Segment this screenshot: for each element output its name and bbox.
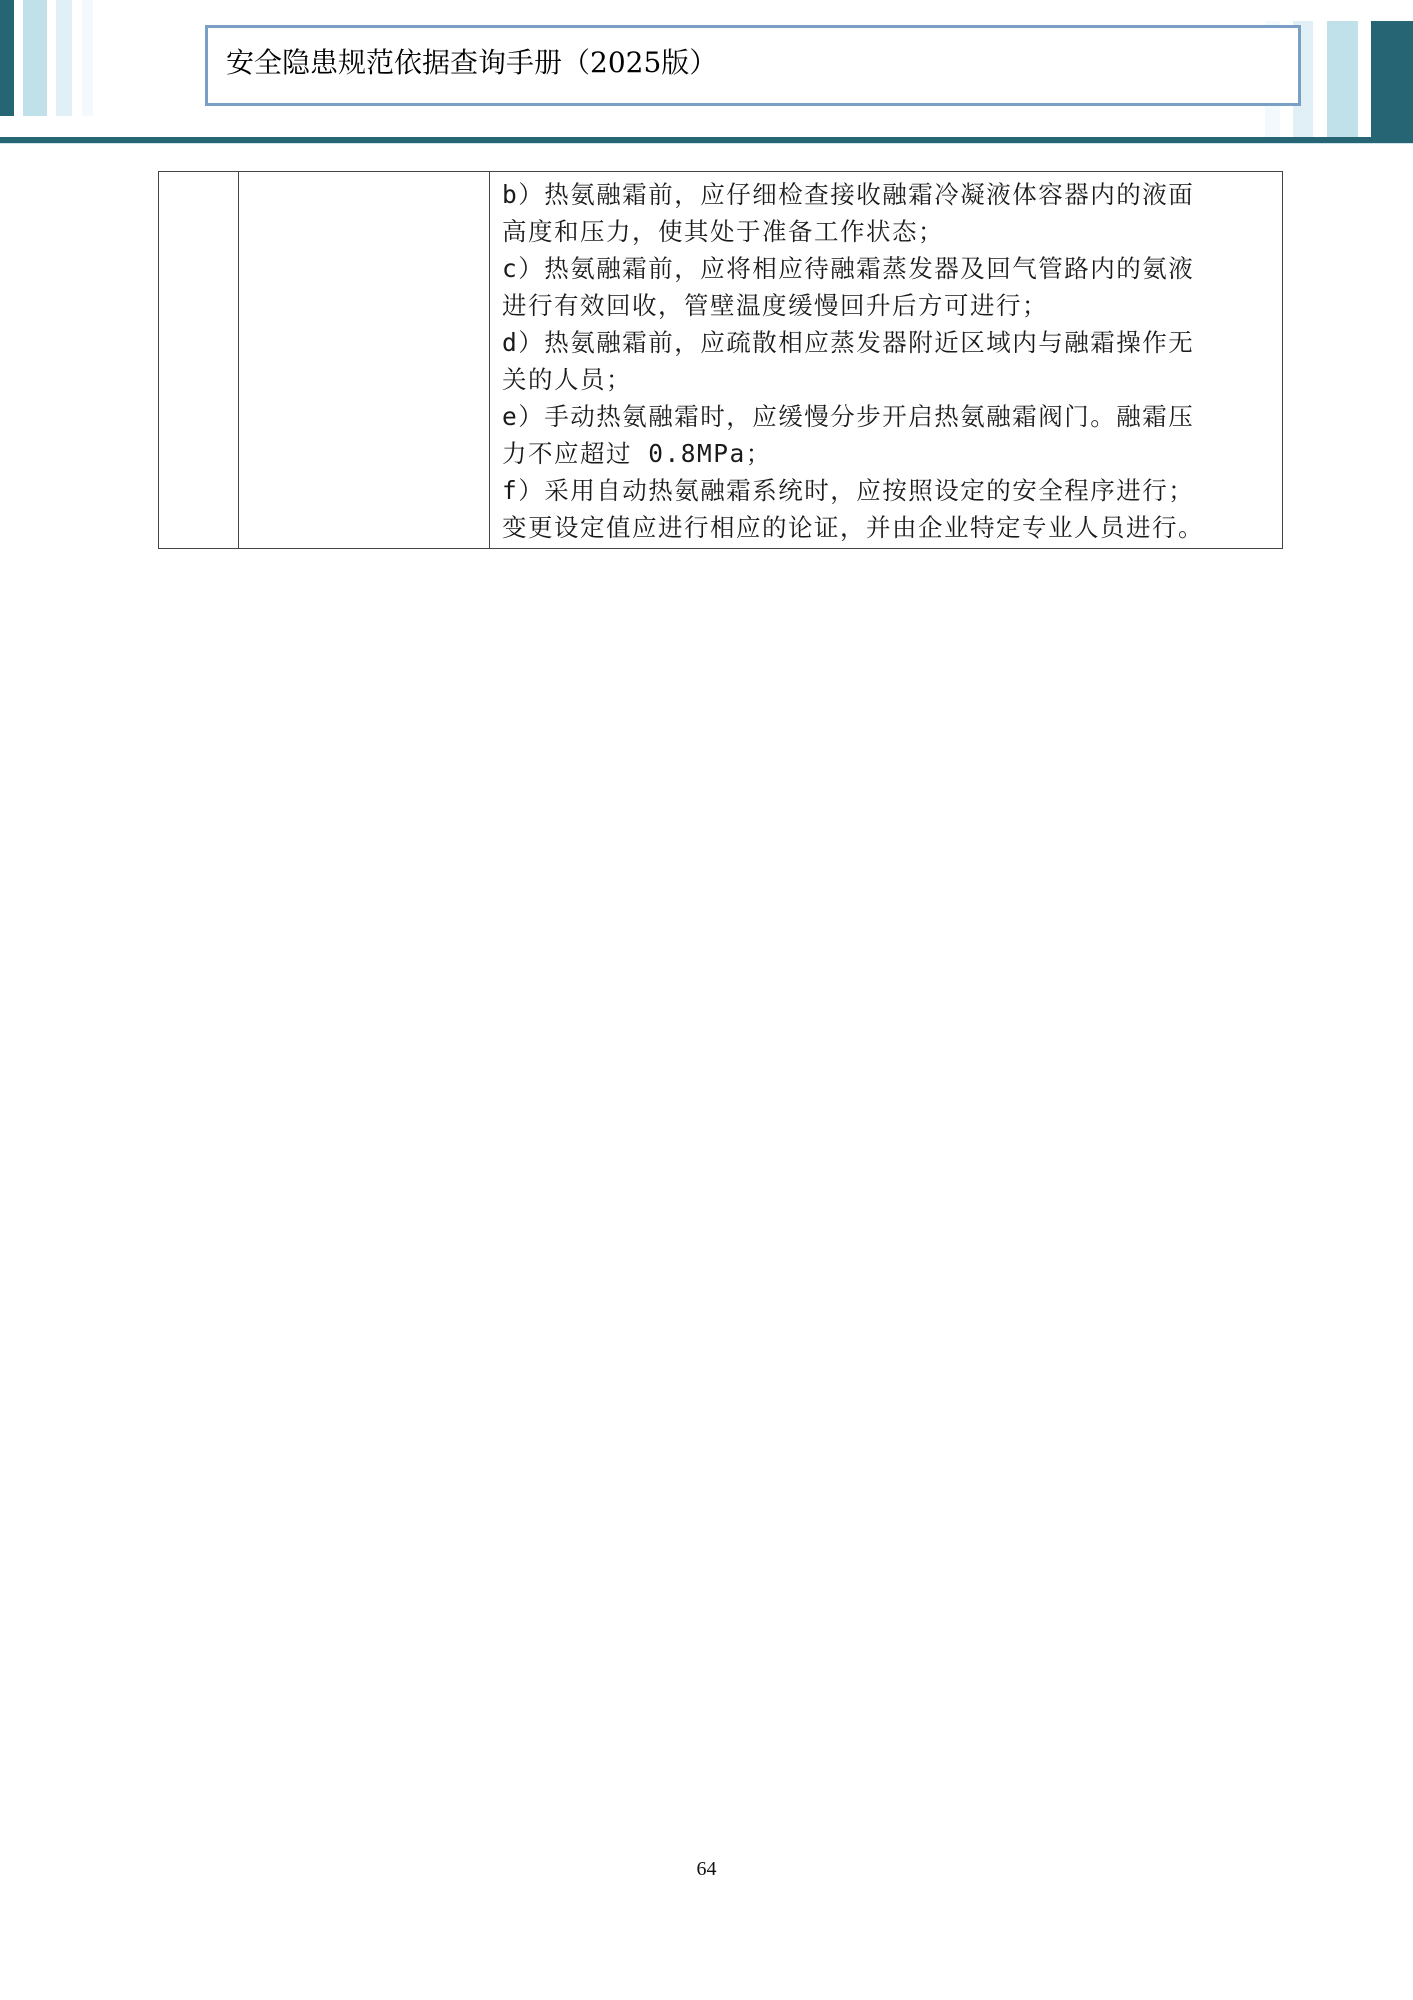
requirement-line: 进行有效回收，管壁温度缓慢回升后方可进行； <box>502 287 1270 324</box>
requirement-line: 力不应超过 0.8MPa； <box>502 435 1270 472</box>
regulation-table: b）热氨融霜前，应仔细检查接收融霜冷凝液体容器内的液面 高度和压力，使其处于准备… <box>158 171 1283 549</box>
table-cell-index <box>159 172 239 549</box>
header-bar-light-left <box>23 0 47 116</box>
page-number: 64 <box>0 1858 1413 1881</box>
requirement-line: e）手动热氨融霜时，应缓慢分步开启热氨融霜阀门。融霜压 <box>502 398 1270 435</box>
document-title: 安全隐患规范依据查询手册（2025版） <box>226 41 717 81</box>
requirement-line: 关的人员； <box>502 361 1270 398</box>
requirement-line: f）采用自动热氨融霜系统时，应按照设定的安全程序进行； <box>502 472 1270 509</box>
table-cell-item <box>239 172 490 549</box>
requirement-line: 变更设定值应进行相应的论证，并由企业特定专业人员进行。 <box>502 509 1270 546</box>
requirement-line: d）热氨融霜前，应疏散相应蒸发器附近区域内与融霜操作无 <box>502 324 1270 361</box>
header-bar-faint-left <box>82 0 93 116</box>
header-title-box: 安全隐患规范依据查询手册（2025版） <box>205 25 1301 106</box>
header-bar-dark-right <box>1371 21 1413 143</box>
requirement-line: c）热氨融霜前，应将相应待融霜蒸发器及回气管路内的氨液 <box>502 250 1270 287</box>
requirement-line: 高度和压力，使其处于准备工作状态； <box>502 213 1270 250</box>
header-bar-light-right <box>1327 21 1358 137</box>
header-bar-dark-left <box>0 0 14 116</box>
header-bar-lighter-left <box>56 0 72 116</box>
requirement-line: b）热氨融霜前，应仔细检查接收融霜冷凝液体容器内的液面 <box>502 176 1270 213</box>
header-rule-highlight <box>0 143 1413 144</box>
table-row: b）热氨融霜前，应仔细检查接收融霜冷凝液体容器内的液面 高度和压力，使其处于准备… <box>159 172 1283 549</box>
table-cell-requirements: b）热氨融霜前，应仔细检查接收融霜冷凝液体容器内的液面 高度和压力，使其处于准备… <box>490 172 1283 549</box>
